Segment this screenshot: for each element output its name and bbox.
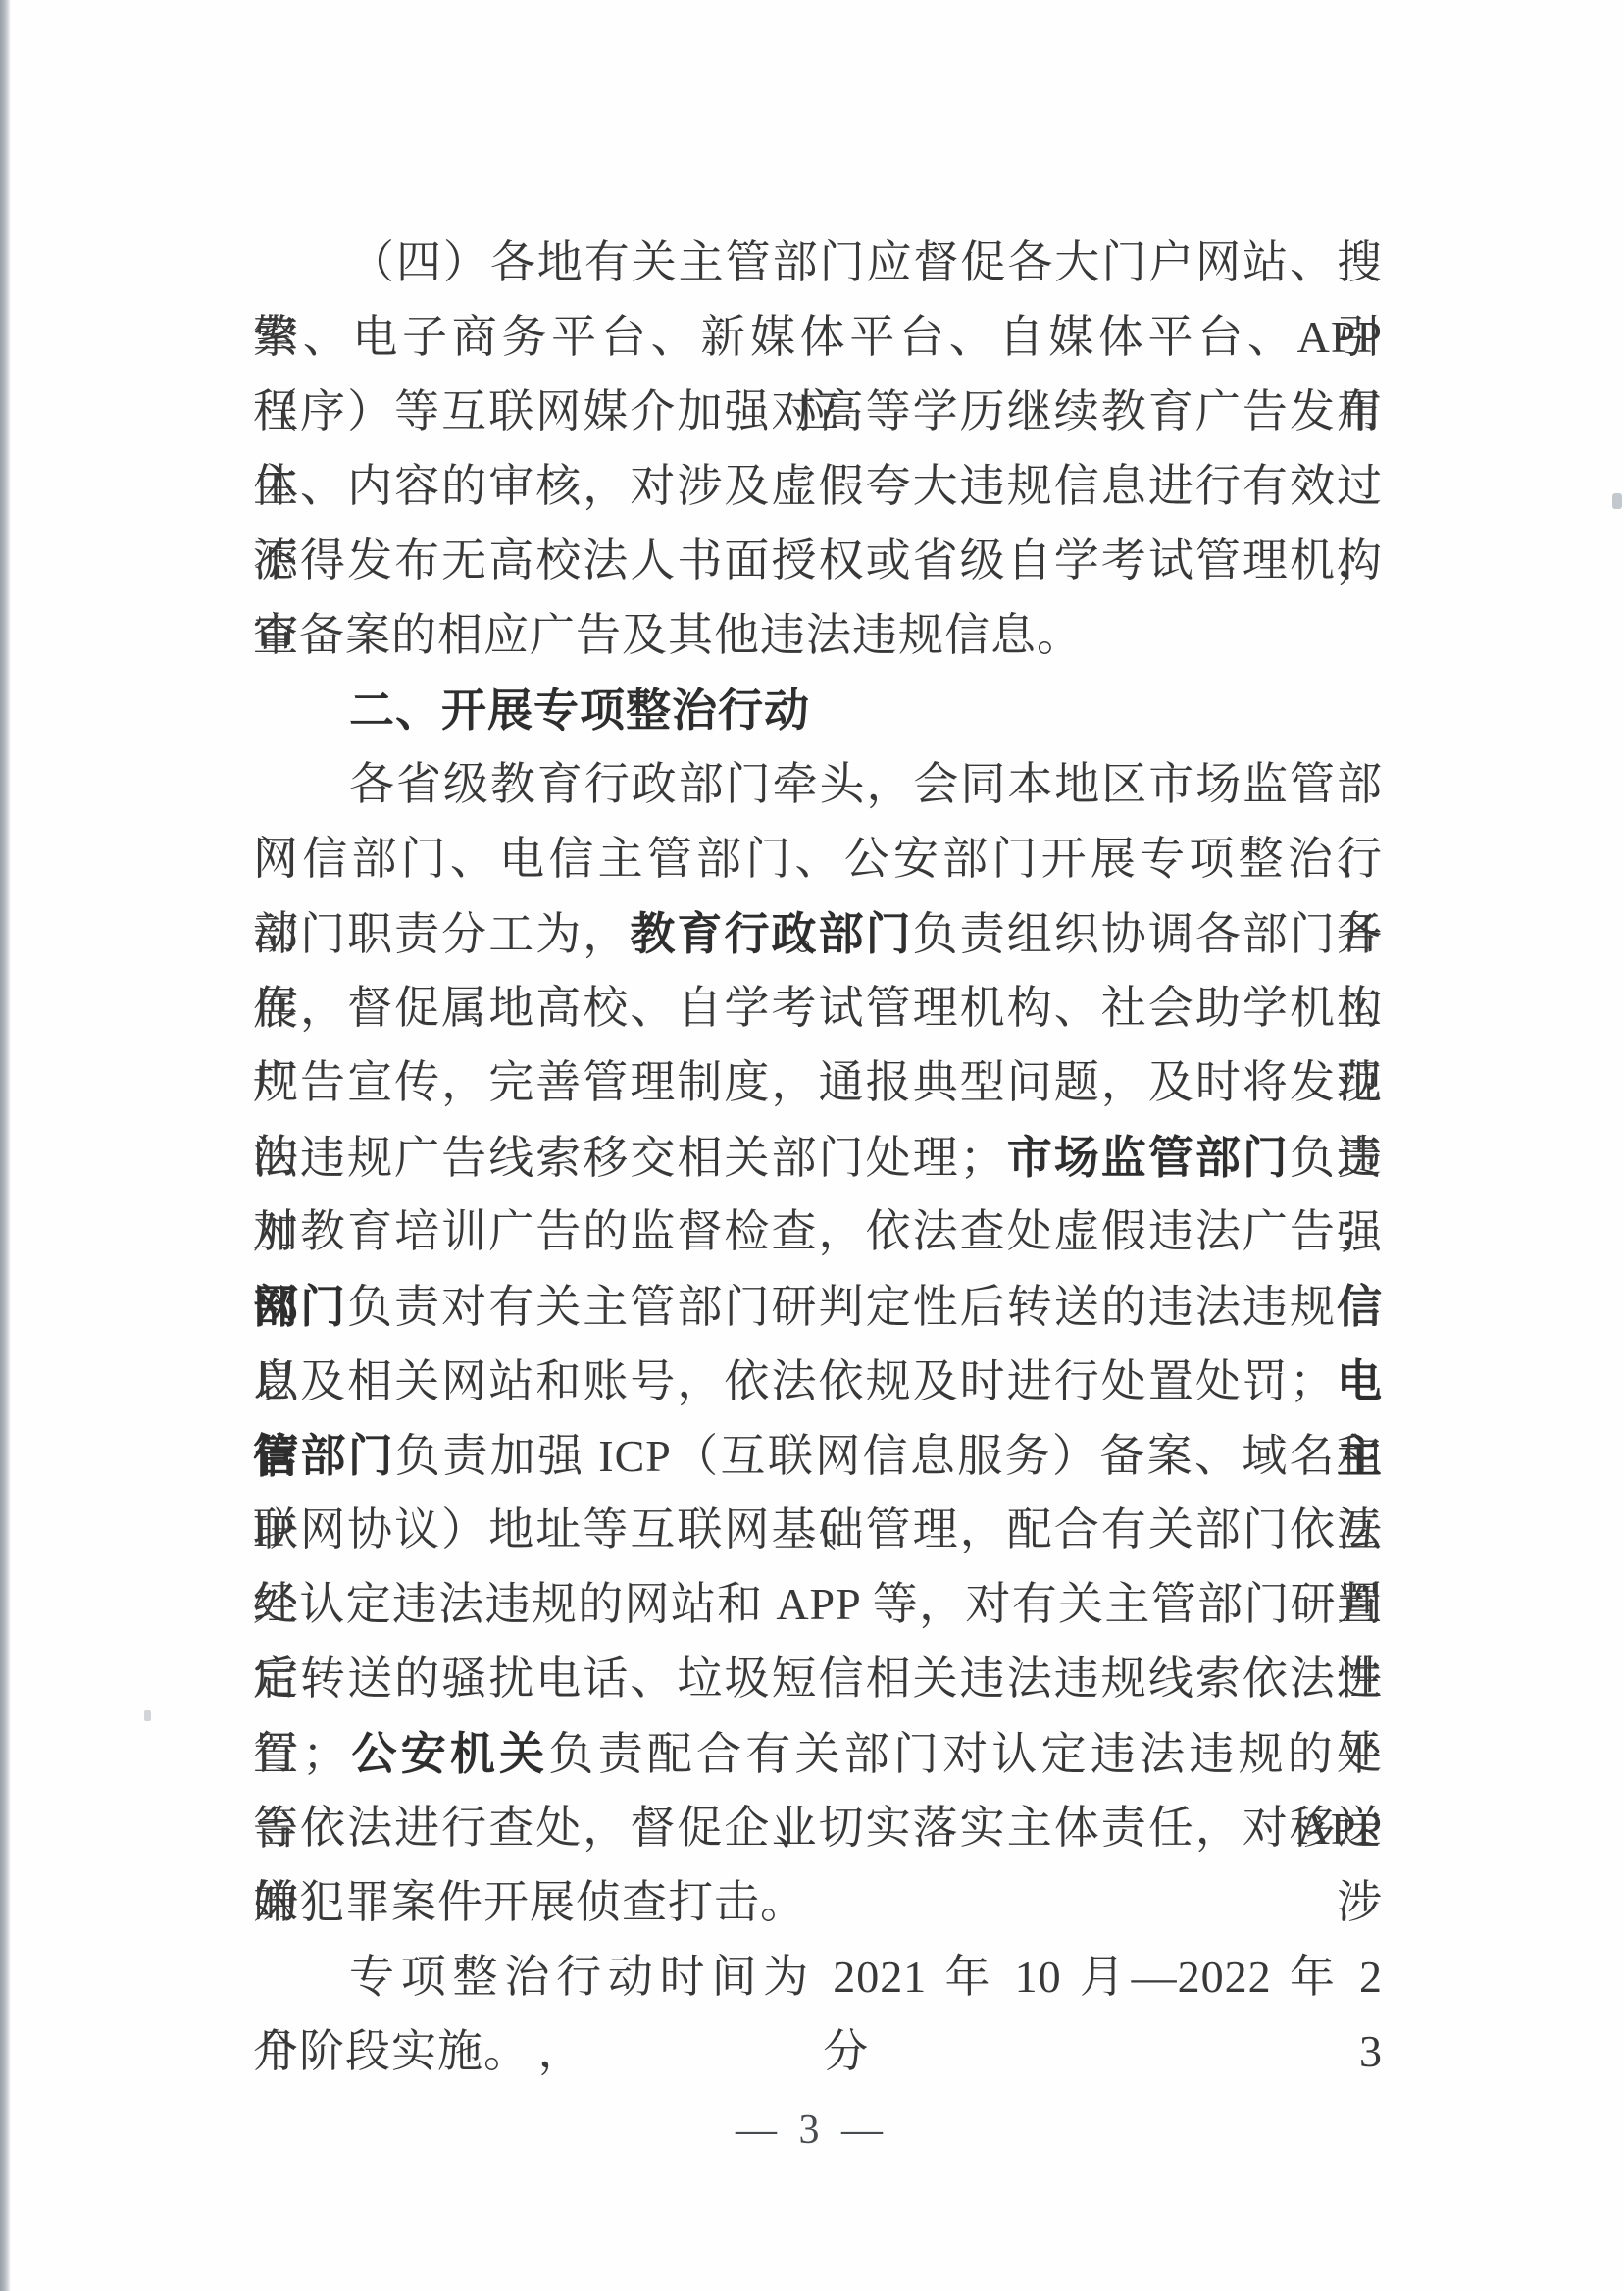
document-body: （四）各地有关主管部门应督促各大门户网站、搜索引擎、电子商务平台、新媒体平台、自…: [253, 226, 1383, 2089]
page-number: — 3 —: [0, 2107, 1624, 2154]
body-text: 个阶段实施。: [253, 2026, 530, 2076]
document-line: 管部门负责加强 ICP（互联网信息服务）备案、域名和 IP（互: [253, 1418, 1383, 1493]
document-line: 联网协议）地址等互联网基础管理，配合有关部门依法处置: [253, 1493, 1383, 1567]
document-line: 作，督促属地高校、自学考试管理机构、社会助学机构规范: [253, 971, 1383, 1045]
body-text: 嫌犯罪案件开展侦查打击。: [253, 1877, 806, 1927]
document-line: 经认定违法违规的网站和 APP 等，对有关主管部门研判定性: [253, 1567, 1383, 1642]
document-line: 网信部门、电信主管部门、公安部门开展专项整治行动。各: [253, 822, 1383, 896]
document-line: 擎、电子商务平台、新媒体平台、自媒体平台、APP（应用: [253, 300, 1383, 375]
document-line: 各省级教育行政部门牵头，会同本地区市场监管部门、: [253, 747, 1383, 822]
document-line: （四）各地有关主管部门应督促各大门户网站、搜索引: [253, 226, 1383, 300]
document-line: 法违规广告线索移交相关部门处理；市场监管部门负责加强: [253, 1120, 1383, 1195]
emphasis-text: 公安机关: [348, 1728, 548, 1779]
body-text: 部门职责分工为，: [253, 909, 630, 959]
document-line: 不得发布无高校法人书面授权或省级自学考试管理机构审: [253, 524, 1383, 598]
document-line: 程序）等互联网媒介加强对高等学历继续教育广告发布主: [253, 375, 1383, 449]
document-line: 二、开展专项整治行动: [253, 673, 1383, 747]
scan-speck-left: [144, 1710, 151, 1721]
body-text: 对教育培训广告的监督检查，依法查处虚假违法广告；: [253, 1206, 1383, 1256]
document-line: 置；公安机关负责配合有关部门对认定违法违规的平台、APP: [253, 1716, 1383, 1791]
document-line: 部门负责对有关主管部门研判定性后转送的违法违规信息: [253, 1269, 1383, 1344]
document-line: 对教育培训广告的监督检查，依法查处虚假违法广告；网信: [253, 1195, 1383, 1269]
emphasis-text: 管部门: [253, 1430, 395, 1481]
emphasis-text: 二、开展专项整治行动: [349, 685, 810, 736]
body-text: 以及相关网站和账号，依法依规及时进行处置处罚；: [253, 1356, 1336, 1406]
body-text: 置；: [253, 1729, 348, 1779]
document-page: （四）各地有关主管部门应督促各大门户网站、搜索引擎、电子商务平台、新媒体平台、自…: [0, 0, 1624, 2291]
emphasis-text: 教育行政部门: [630, 908, 912, 959]
emphasis-text: 部门: [253, 1281, 347, 1332]
document-line: 专项整治行动时间为 2021 年 10 月—2022 年 2 月，分 3: [253, 1940, 1383, 2014]
document-line: 后转送的骚扰电话、垃圾短信相关违法违规线索依法进行处: [253, 1642, 1383, 1716]
scan-edge-artifact: [0, 0, 11, 2291]
document-line: 体、内容的审核，对涉及虚假夸大违规信息进行有效过滤，: [253, 449, 1383, 524]
emphasis-text: 市场监管部门: [1006, 1132, 1290, 1183]
document-line: 查备案的相应广告及其他违法违规信息。: [253, 598, 1383, 673]
body-text: 法违规广告线索移交相关部门处理；: [253, 1133, 1006, 1183]
document-line: 广告宣传，完善管理制度，通报典型问题，及时将发现的违: [253, 1045, 1383, 1120]
document-line: 等依法进行查处，督促企业切实落实主体责任，对移送的涉: [253, 1791, 1383, 1865]
document-line: 部门职责分工为，教育行政部门负责组织协调各部门开展工: [253, 896, 1383, 971]
scan-speck-right: [1612, 493, 1622, 509]
body-text: 查备案的相应广告及其他违法违规信息。: [253, 610, 1083, 660]
document-line: 以及相关网站和账号，依法依规及时进行处置处罚；电信主: [253, 1344, 1383, 1418]
